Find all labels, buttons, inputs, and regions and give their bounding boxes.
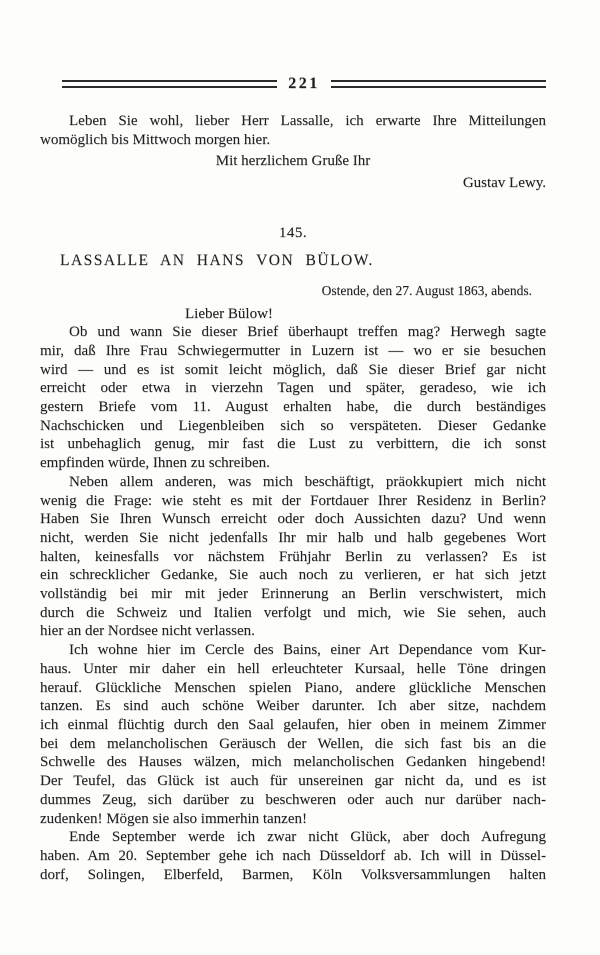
dateline: Ostende, den 27. August 1863, abends. bbox=[40, 282, 546, 299]
text-line: vollständig bei mir mit jeder Erinnerung… bbox=[40, 585, 546, 604]
text-line: herauf. Glückliche Menschen spielen Pian… bbox=[40, 679, 546, 698]
signature: Gustav Lewy. bbox=[40, 174, 546, 193]
closing-paragraph: Leben Sie wohl, lieber Herr Lassalle, ic… bbox=[40, 112, 546, 149]
text-line: wird — und es ist somit leicht möglich, … bbox=[40, 361, 546, 380]
text-line: dorf, Solingen, Elberfeld, Barmen, Köln … bbox=[40, 866, 546, 885]
text-line: zudenken! Mögen sie also immerhin tanzen… bbox=[40, 810, 546, 829]
text-line: womöglich bis Mittwoch morgen hier. bbox=[40, 131, 546, 150]
text-line: mir, daß Ihre Frau Schwiegermutter in Lu… bbox=[40, 342, 546, 361]
page-number: 221 bbox=[288, 76, 320, 91]
header-rule-left bbox=[62, 80, 277, 88]
text-line: wenig die Frage: wie steht es mit der Fo… bbox=[40, 492, 546, 511]
text-line: Der Teufel, das Glück ist auch für unser… bbox=[40, 772, 546, 791]
text-line: Ich wohne hier im Cercle des Bains, eine… bbox=[40, 641, 546, 660]
text-line: erreicht oder etwa in vierzehn Tagen und… bbox=[40, 379, 546, 398]
text-line: haus. Unter mir daher ein hell erleuchte… bbox=[40, 660, 546, 679]
text-line: gestern Briefe vom 11. August erhalten h… bbox=[40, 398, 546, 417]
letter-paragraph-4: Ende September werde ich zwar nicht Glüc… bbox=[40, 828, 546, 884]
header-rule-right bbox=[331, 80, 546, 88]
text-line: Leben Sie wohl, lieber Herr Lassalle, ic… bbox=[40, 112, 546, 131]
text-line: dummes Zeug, sich darüber zu beschweren … bbox=[40, 791, 546, 810]
text-line: Ob und wann Sie dieser Brief überhaupt t… bbox=[40, 323, 546, 342]
valediction: Mit herzlichem Gruße Ihr bbox=[40, 152, 546, 171]
text-line: Schwelle des Hauses wälzen, mich melanch… bbox=[40, 753, 546, 772]
text-line: hier an der Nordsee nicht verlassen. bbox=[40, 622, 546, 641]
book-page: 221 Leben Sie wohl, lieber Herr Lassalle… bbox=[0, 0, 600, 955]
text-line: halten, keinesfalls vor nächstem Frühjah… bbox=[40, 548, 546, 567]
text-line: durch die Schweiz und Italien verfolgt u… bbox=[40, 604, 546, 623]
letter-paragraph-2: Neben allem anderen, was mich beschäftig… bbox=[40, 473, 546, 641]
text-line: Haben Sie Ihren Wunsch erreicht oder doc… bbox=[40, 510, 546, 529]
text-line: ein schrecklicher Gedanke, Sie auch noch… bbox=[40, 566, 546, 585]
text-line: Nachschicken und Liegenbleiben sich so v… bbox=[40, 417, 546, 436]
text-line: ist unbehaglich genug, mir fast die Lust… bbox=[40, 435, 546, 454]
page-header: 221 bbox=[40, 76, 546, 91]
previous-letter-closing: Leben Sie wohl, lieber Herr Lassalle, ic… bbox=[40, 112, 546, 193]
letter-number: 145. bbox=[40, 224, 546, 243]
salutation: Lieber Bülow! bbox=[40, 305, 546, 324]
text-line: Ende September werde ich zwar nicht Glüc… bbox=[40, 828, 546, 847]
letter-heading: LASSALLE AN HANS VON BÜLOW. bbox=[60, 251, 546, 270]
text-line: Neben allem anderen, was mich beschäftig… bbox=[40, 473, 546, 492]
letter-paragraph-1: Ob und wann Sie dieser Brief überhaupt t… bbox=[40, 323, 546, 473]
text-line: bei dem melancholischen Geräusch der Wel… bbox=[40, 735, 546, 754]
text-line: nicht, werden Sie nicht jedenfalls Ihr m… bbox=[40, 529, 546, 548]
letter-145: 145. LASSALLE AN HANS VON BÜLOW. Ostende… bbox=[40, 224, 546, 885]
letter-paragraph-3: Ich wohne hier im Cercle des Bains, eine… bbox=[40, 641, 546, 828]
text-line: ich einmal flüchtig durch den Saal gelau… bbox=[40, 716, 546, 735]
text-line: empfinden würde, Ihnen zu schreiben. bbox=[40, 454, 546, 473]
text-line: tanzen. Es sind auch schöne Weiber darun… bbox=[40, 697, 546, 716]
text-line: haben. Am 20. September gehe ich nach Dü… bbox=[40, 847, 546, 866]
